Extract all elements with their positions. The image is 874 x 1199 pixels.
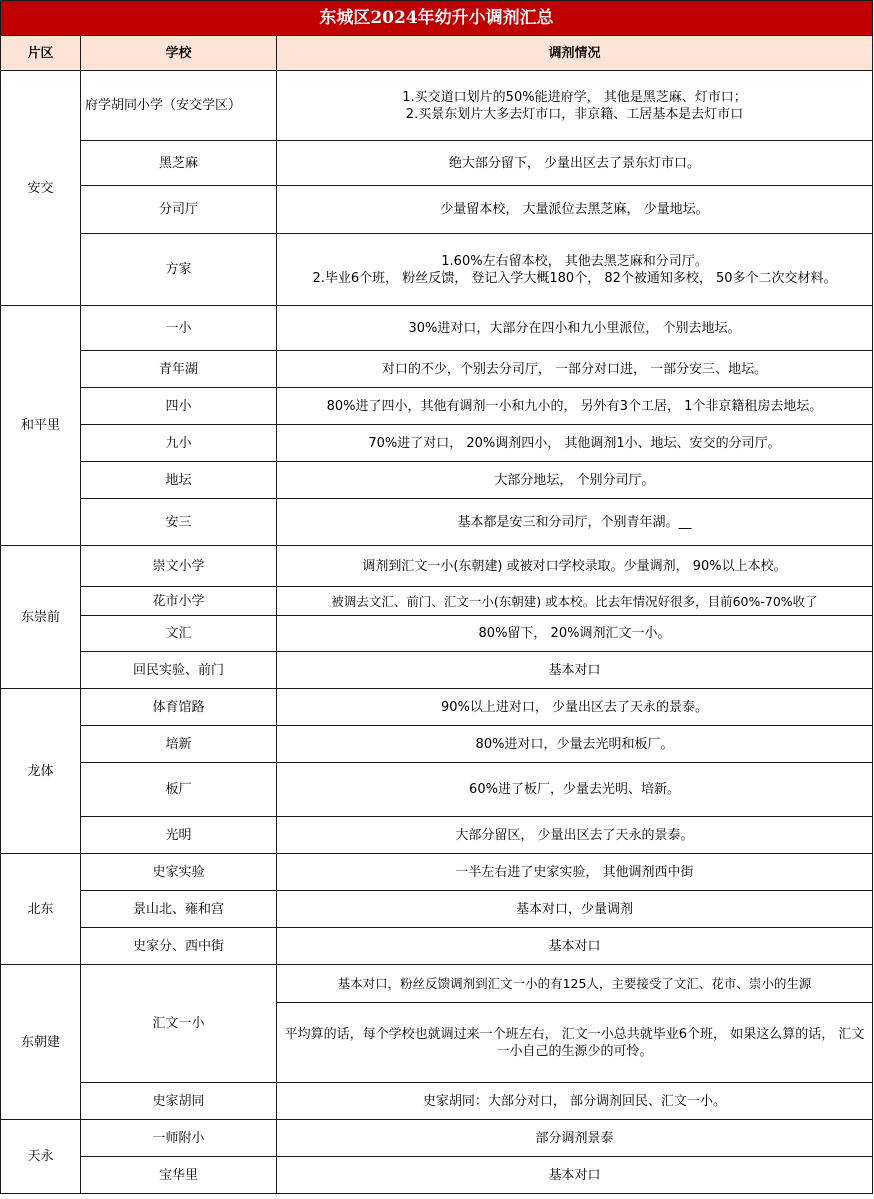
table-row: 史家胡同 史家胡同：大部分对口， 部分调剂回民、汇文一小。 [1, 1083, 873, 1120]
header-school: 学校 [81, 36, 277, 71]
district-cell: 东崇前 [1, 546, 81, 689]
table-row: 花市小学 被调去文汇、前门、汇文一小(东朝建) 或本校。比去年情况好很多，目前6… [1, 587, 873, 616]
detail-cell: 少量留本校， 大量派位去黑芝麻， 少量地坛。 [277, 186, 873, 234]
adjustment-summary-table: 东城区2024年幼升小调剂汇总 片区 学校 调剂情况 安交 府学胡同小学（安交学… [0, 0, 873, 1194]
table-row: 光明 大部分留区， 少量出区去了天永的景泰。 [1, 817, 873, 854]
header-detail: 调剂情况 [277, 36, 873, 71]
school-cell: 文汇 [81, 616, 277, 652]
school-cell: 地坛 [81, 462, 277, 499]
school-cell: 史家胡同 [81, 1083, 277, 1120]
table-row: 地坛 大部分地坛， 个别分司厅。 [1, 462, 873, 499]
detail-cell: 80%留下， 20%调剂汇文一小。 [277, 616, 873, 652]
detail-cell: 30%进对口，大部分在四小和九小里派位， 个别去地坛。 [277, 306, 873, 351]
school-cell: 方家 [81, 234, 277, 306]
school-cell: 一师附小 [81, 1120, 277, 1157]
table-row: 史家分、西中街 基本对口 [1, 928, 873, 965]
table-row: 黑芝麻 绝大部分留下， 少量出区去了景东灯市口。 [1, 141, 873, 186]
table-row: 安交 府学胡同小学（安交学区） 1.买交道口划片的50%能进府学， 其他是黑芝麻… [1, 71, 873, 141]
detail-cell: 大部分地坛， 个别分司厅。 [277, 462, 873, 499]
detail-cell: 1.60%左右留本校， 其他去黑芝麻和分司厅。 2.毕业6个班， 粉丝反馈， 登… [277, 234, 873, 306]
table-title: 东城区2024年幼升小调剂汇总 [1, 1, 873, 36]
detail-cell: 70%进了对口， 20%调剂四小， 其他调剂1小、地坛、安交的分司厅。 [277, 425, 873, 462]
detail-cell: 基本对口 [277, 1157, 873, 1194]
table-row: 东崇前 崇文小学 调剂到汇文一小(东朝建) 或被对口学校录取。少量调剂， 90%… [1, 546, 873, 587]
table-row: 安三 基本都是安三和分司厅，个别青年湖。__ [1, 499, 873, 546]
detail-cell: 1.买交道口划片的50%能进府学， 其他是黑芝麻、灯市口； 2.买景东划片大多去… [277, 71, 873, 141]
table-row: 景山北、雍和宫 基本对口，少量调剂 [1, 891, 873, 928]
table-row: 和平里 一小 30%进对口，大部分在四小和九小里派位， 个别去地坛。 [1, 306, 873, 351]
school-cell: 一小 [81, 306, 277, 351]
table-row: 九小 70%进了对口， 20%调剂四小， 其他调剂1小、地坛、安交的分司厅。 [1, 425, 873, 462]
detail-cell: 绝大部分留下， 少量出区去了景东灯市口。 [277, 141, 873, 186]
school-cell: 史家分、西中街 [81, 928, 277, 965]
detail-cell: 史家胡同：大部分对口， 部分调剂回民、汇文一小。 [277, 1083, 873, 1120]
school-cell: 回民实验、前门 [81, 652, 277, 689]
school-cell: 光明 [81, 817, 277, 854]
detail-cell: 对口的不少，个别去分司厅， 一部分对口进， 一部分安三、地坛。 [277, 351, 873, 388]
detail-cell: 部分调剂景泰 [277, 1120, 873, 1157]
table-row: 宝华里 基本对口 [1, 1157, 873, 1194]
district-cell: 龙体 [1, 689, 81, 854]
detail-cell: 基本都是安三和分司厅，个别青年湖。__ [277, 499, 873, 546]
detail-cell: 基本对口 [277, 928, 873, 965]
detail-cell: 一半左右进了史家实验， 其他调剂西中街 [277, 854, 873, 891]
detail-cell: 80%进对口，少量去光明和板厂。 [277, 726, 873, 763]
school-cell: 安三 [81, 499, 277, 546]
school-cell: 汇文一小 [81, 965, 277, 1083]
school-cell: 青年湖 [81, 351, 277, 388]
school-cell: 体育馆路 [81, 689, 277, 726]
detail-cell: 平均算的话，每个学校也就调过来一个班左右， 汇文一小总共就毕业6个班， 如果这么… [277, 1003, 873, 1083]
table-row: 青年湖 对口的不少，个别去分司厅， 一部分对口进， 一部分安三、地坛。 [1, 351, 873, 388]
school-cell: 史家实验 [81, 854, 277, 891]
detail-cell: 90%以上进对口， 少量出区去了天永的景泰。 [277, 689, 873, 726]
header-district: 片区 [1, 36, 81, 71]
district-cell: 东朝建 [1, 965, 81, 1120]
detail-cell: 基本对口 [277, 652, 873, 689]
table-row: 分司厅 少量留本校， 大量派位去黑芝麻， 少量地坛。 [1, 186, 873, 234]
school-cell: 宝华里 [81, 1157, 277, 1194]
school-cell: 景山北、雍和宫 [81, 891, 277, 928]
school-cell: 崇文小学 [81, 546, 277, 587]
district-cell: 和平里 [1, 306, 81, 546]
detail-cell: 基本对口，粉丝反馈调剂到汇文一小的有125人，主要接受了文汇、花市、崇小的生源 [277, 965, 873, 1003]
table-row: 文汇 80%留下， 20%调剂汇文一小。 [1, 616, 873, 652]
school-cell: 黑芝麻 [81, 141, 277, 186]
table-row: 龙体 体育馆路 90%以上进对口， 少量出区去了天永的景泰。 [1, 689, 873, 726]
school-cell: 府学胡同小学（安交学区） [81, 71, 277, 141]
detail-cell: 60%进了板厂，少量去光明、培新。 [277, 763, 873, 817]
school-cell: 板厂 [81, 763, 277, 817]
district-cell: 天永 [1, 1120, 81, 1194]
table-row: 天永 一师附小 部分调剂景泰 [1, 1120, 873, 1157]
school-cell: 九小 [81, 425, 277, 462]
school-cell: 分司厅 [81, 186, 277, 234]
district-cell: 北东 [1, 854, 81, 965]
table-row: 板厂 60%进了板厂，少量去光明、培新。 [1, 763, 873, 817]
school-cell: 四小 [81, 388, 277, 425]
school-cell: 培新 [81, 726, 277, 763]
table-row: 方家 1.60%左右留本校， 其他去黑芝麻和分司厅。 2.毕业6个班， 粉丝反馈… [1, 234, 873, 306]
table-row: 四小 80%进了四小，其他有调剂一小和九小的， 另外有3个工居， 1个非京籍租房… [1, 388, 873, 425]
table-row: 培新 80%进对口，少量去光明和板厂。 [1, 726, 873, 763]
table-row: 回民实验、前门 基本对口 [1, 652, 873, 689]
table-row: 北东 史家实验 一半左右进了史家实验， 其他调剂西中街 [1, 854, 873, 891]
district-cell: 安交 [1, 71, 81, 306]
detail-cell: 调剂到汇文一小(东朝建) 或被对口学校录取。少量调剂， 90%以上本校。 [277, 546, 873, 587]
detail-cell: 被调去文汇、前门、汇文一小(东朝建) 或本校。比去年情况好很多，目前60%-70… [277, 587, 873, 616]
detail-cell: 基本对口，少量调剂 [277, 891, 873, 928]
table-row: 东朝建 汇文一小 基本对口，粉丝反馈调剂到汇文一小的有125人，主要接受了文汇、… [1, 965, 873, 1003]
detail-cell: 80%进了四小，其他有调剂一小和九小的， 另外有3个工居， 1个非京籍租房去地坛… [277, 388, 873, 425]
school-cell: 花市小学 [81, 587, 277, 616]
detail-cell: 大部分留区， 少量出区去了天永的景泰。 [277, 817, 873, 854]
